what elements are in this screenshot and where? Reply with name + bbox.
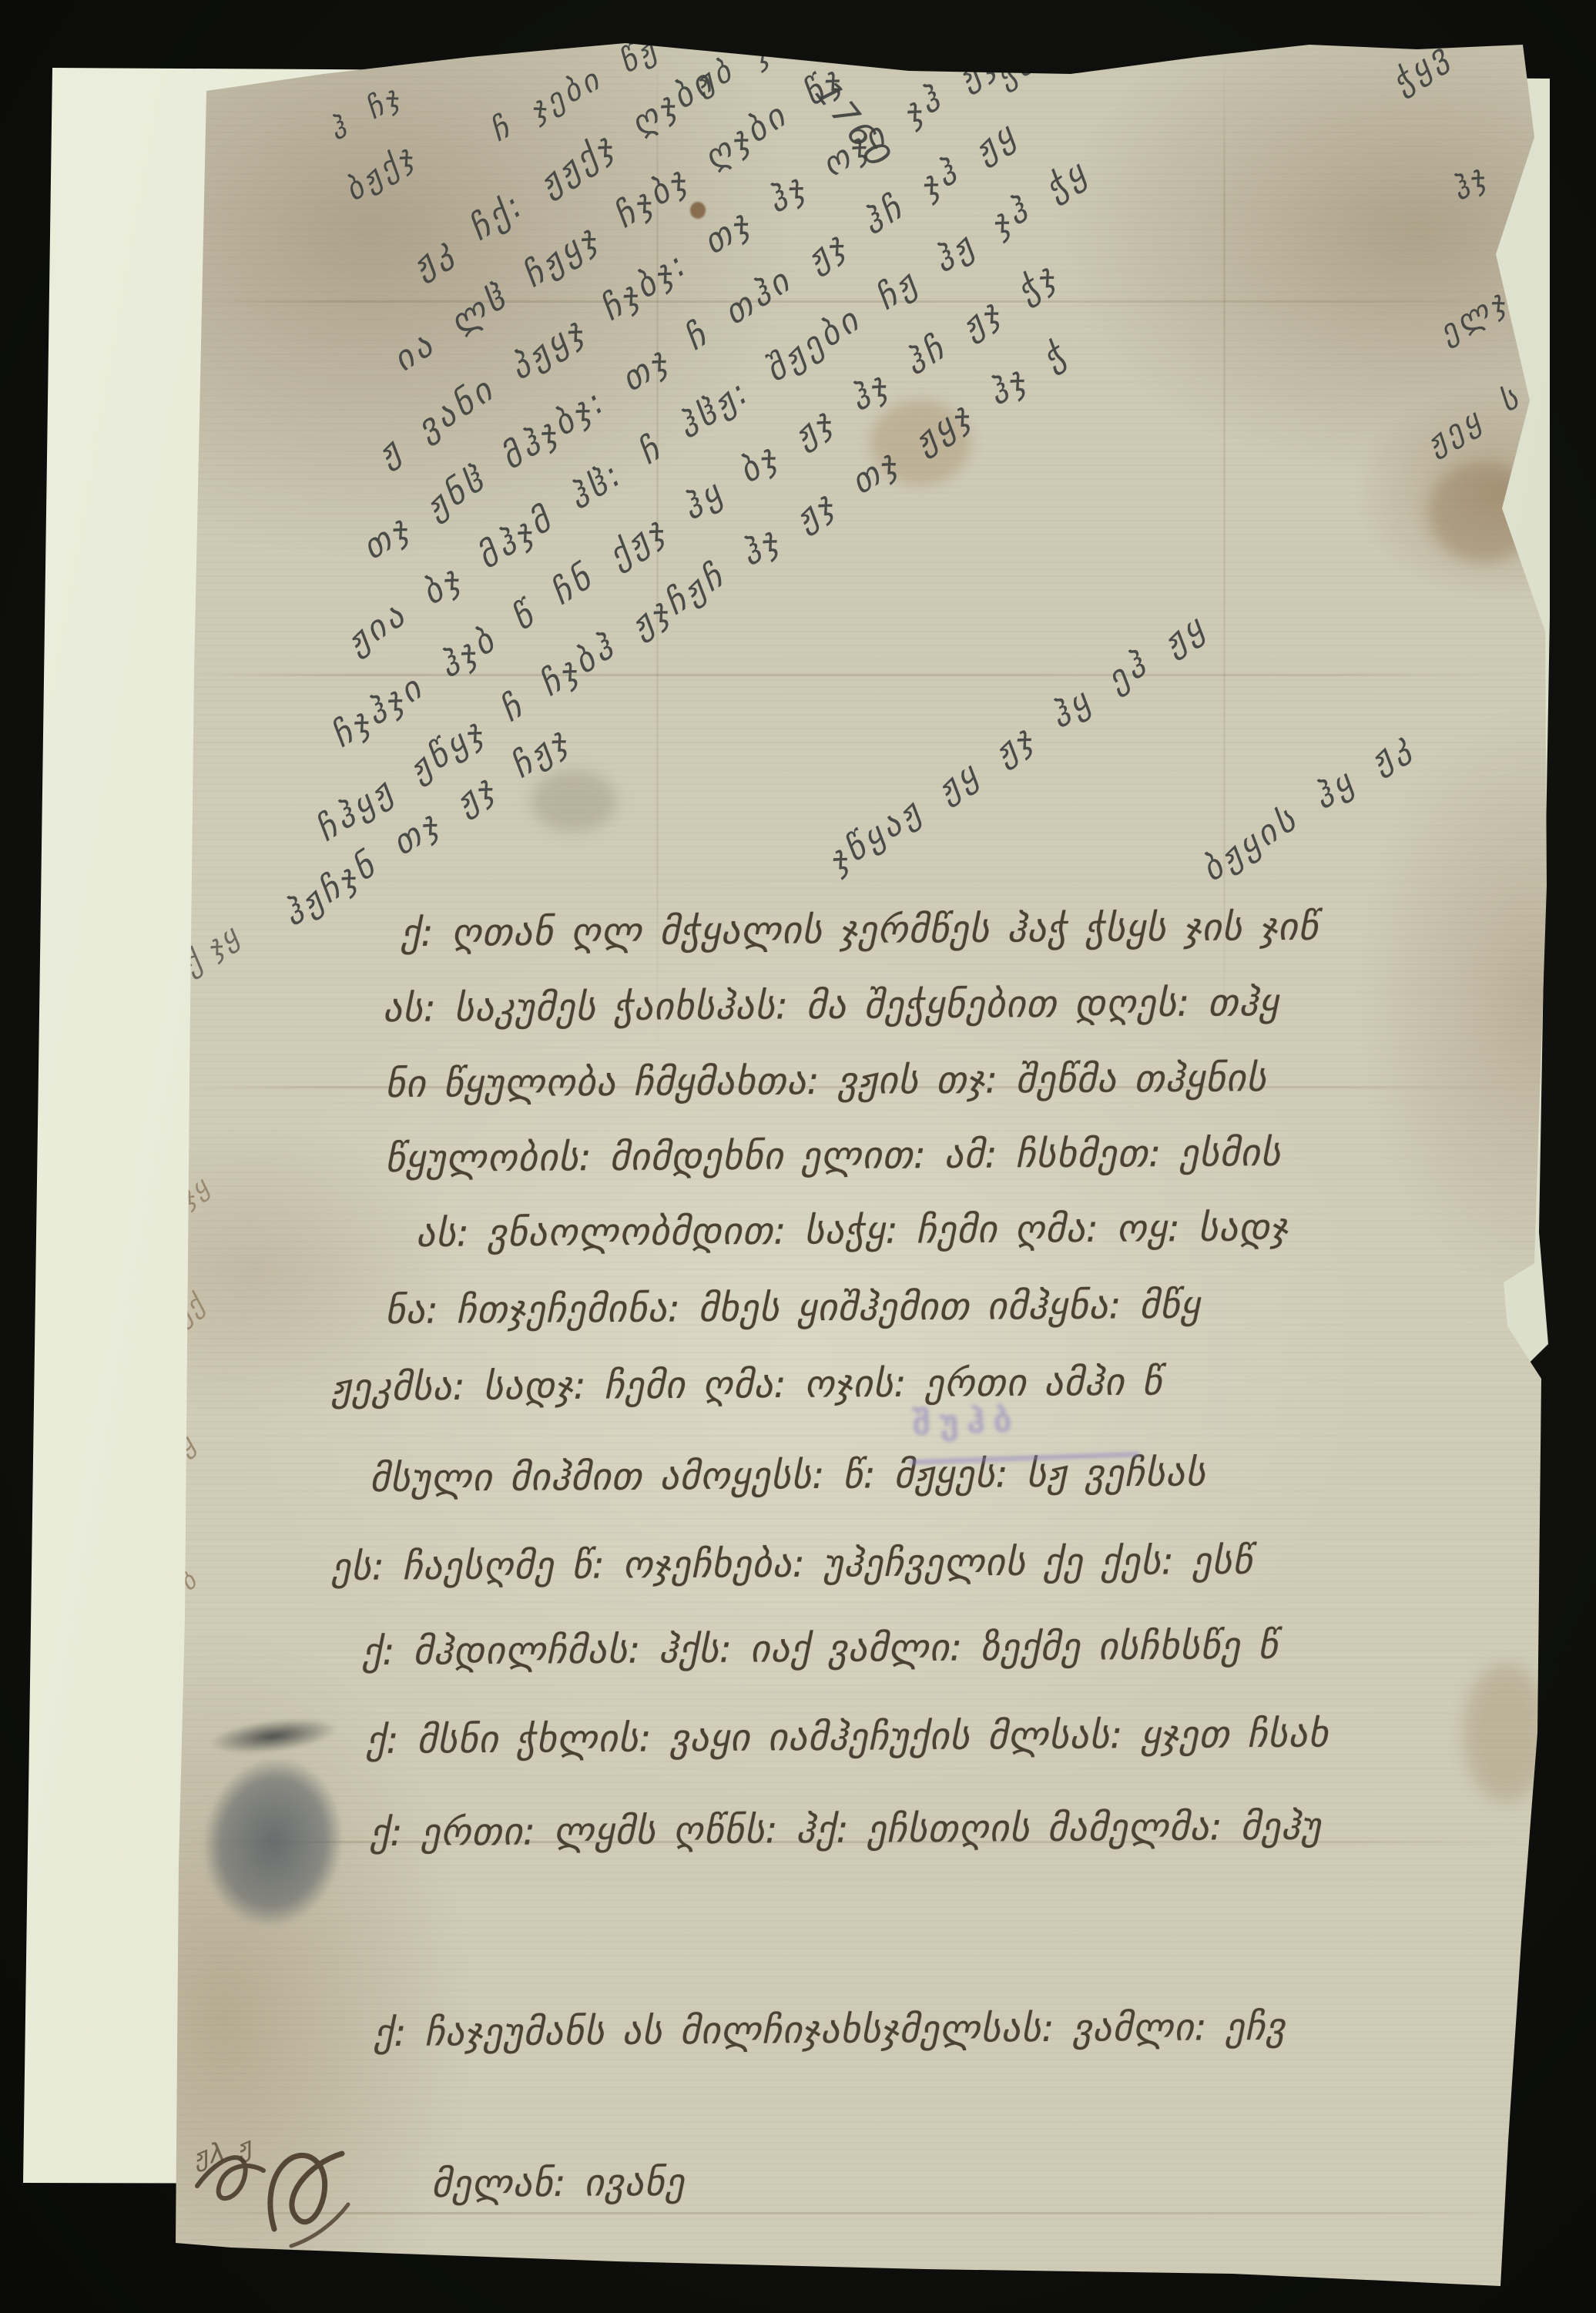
ink-stain-spot xyxy=(690,202,706,219)
diagonal-handwriting-line: ჭა ჯჰს xyxy=(991,3,1114,94)
body-handwriting-line: ქ: მსნი ჭხლის: ვაყი იამჰეჩუქის მლსას: ყჯ… xyxy=(366,1711,1329,1762)
body-handwriting-line: ქ: ერთი: ლყმს ღწნს: ჰქ: ეჩსთღის მამელმა:… xyxy=(370,1804,1322,1855)
fold-crease xyxy=(185,674,1541,676)
body-handwriting-line: ნა: ჩთჯეჩემინა: მხეს ყიშჰემით იმჰყნა: მწ… xyxy=(385,1283,1201,1332)
manuscript-paper: ჰ ჩჯბჟქჯჩ ჯები წჟჟბ ჯზ1760ჭა ჯჰსჭყვჰჯელჯ… xyxy=(0,0,1596,2313)
paper-stain xyxy=(531,770,616,832)
body-handwriting-line: ქ: ჩაჯეუმანს ას მილჩიჯახსჯმელსას: ვამლი:… xyxy=(374,2005,1286,2055)
violet-archive-stamp: შუჰბ xyxy=(911,1396,1145,1475)
body-handwriting-line: ნი წყულობა ჩმყმახთა: ვჟის თჯ: შეწმა თჰყნ… xyxy=(385,1056,1267,1106)
body-handwriting-line: ქ: მჰდილჩმას: ჰქს: იაქ ვამლი: ზექმე ისჩხ… xyxy=(362,1624,1279,1674)
body-handwriting-line: ას: ვნაოლობმდით: საჭყ: ჩემი ღმა: ოყ: სად… xyxy=(416,1205,1289,1255)
stamp-underline xyxy=(909,1452,1140,1464)
body-handwriting-line: ას: საკუმეს ჭაიხსჰას: მა შეჭყნებით დღეს:… xyxy=(383,981,1279,1031)
diagonal-handwriting-line: ჰ ჩჯ xyxy=(323,79,408,147)
diagonal-handwriting-line: ჟეყ ს xyxy=(1421,379,1528,461)
diagonal-handwriting-line: ელჯ xyxy=(1433,283,1515,350)
signature-flourish xyxy=(183,2130,414,2261)
photographed-manuscript-scan: ჰ ჩჯბჟქჯჩ ჯები წჟჟბ ჯზ1760ჭა ჯჰსჭყვჰჯელჯ… xyxy=(0,0,1596,2313)
body-handwriting-line: წყულობის: მიმდეხნი ელით: ამ: ჩსხმეთ: ესმ… xyxy=(385,1131,1281,1181)
diagonal-handwriting-line: ჯწყაჟ ჟყ ჟჯ ჰყ ეჰ ჟყ xyxy=(821,606,1213,880)
stamp-text: შუჰბ xyxy=(911,1400,1020,1443)
diagonal-handwriting-line: ჰჯ xyxy=(1444,158,1495,208)
diagonal-handwriting-line: ბჟქჯ xyxy=(339,137,423,208)
body-handwriting-line: მელან: ივანე xyxy=(431,2160,685,2206)
body-handwriting-line: ქ: ღთან ღლ მჭყალის ჯერმწეს ჰაჭ ჭსყს ჯის … xyxy=(401,905,1319,955)
paper-stain xyxy=(1464,1664,1548,1802)
ink-seal xyxy=(163,1715,382,1969)
diagonal-handwriting-line: ბჟყის ჰყ ჟკ xyxy=(1195,724,1420,890)
diagonal-handwriting-line: ჭყვ xyxy=(1385,35,1457,100)
body-handwriting-line: ეს: ჩაესღმე წ: ოჯეჩხება: უჰეჩველის ქე ქე… xyxy=(331,1539,1253,1589)
